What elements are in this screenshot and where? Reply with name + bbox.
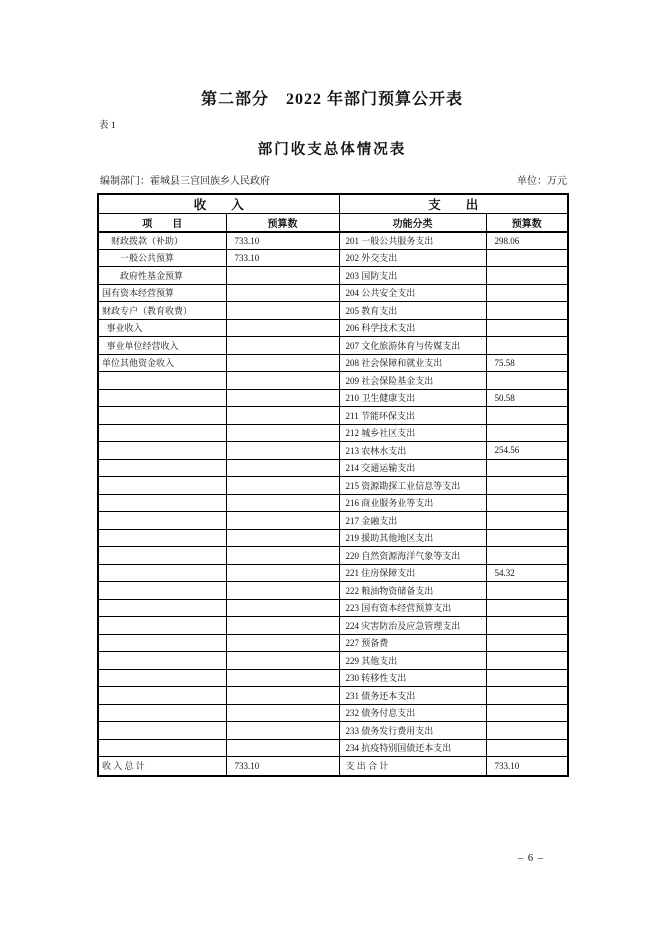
expense-amount-cell [486, 407, 568, 425]
expense-amount-cell: 298.06 [486, 232, 568, 250]
table-row: 政府性基金预算203 国防支出 [98, 267, 568, 285]
expense-amount-cell [486, 424, 568, 442]
expense-amount-cell [486, 512, 568, 530]
expense-amount-cell [486, 669, 568, 687]
income-amount-cell [226, 319, 339, 337]
col-header-expense-category: 功能分类 [339, 214, 486, 232]
expense-item-cell: 207 文化旅游体育与传媒支出 [339, 337, 486, 355]
col-header-expense-budget: 预算数 [486, 214, 568, 232]
expense-item-cell: 204 公共安全支出 [339, 284, 486, 302]
income-item-cell [98, 407, 226, 425]
table-meta-row: 编制部门：霍城县三宫回族乡人民政府 单位：万元 [97, 172, 567, 187]
expense-item-cell: 208 社会保障和就业支出 [339, 354, 486, 372]
expense-amount-cell [486, 477, 568, 495]
income-amount-cell [226, 337, 339, 355]
income-amount-cell [226, 547, 339, 565]
total-row: 收 入 总 计 733.10 支 出 合 计 733.10 [98, 757, 568, 776]
table-row: 234 抗疫特别国债还本支出 [98, 739, 568, 757]
expense-amount-cell: 54.32 [486, 564, 568, 582]
section-header-row: 收 入 支 出 [98, 194, 568, 214]
income-amount-cell [226, 669, 339, 687]
table-row: 国有资本经营预算204 公共安全支出 [98, 284, 568, 302]
expense-section-header: 支 出 [339, 194, 568, 214]
income-item-cell [98, 704, 226, 722]
expense-amount-cell [486, 529, 568, 547]
table-row: 227 预备费 [98, 634, 568, 652]
expense-amount-cell [486, 652, 568, 670]
expense-item-cell: 230 转移性支出 [339, 669, 486, 687]
income-item-cell [98, 722, 226, 740]
income-amount-cell [226, 372, 339, 390]
income-amount-cell [226, 442, 339, 460]
table-row: 212 城乡社区支出 [98, 424, 568, 442]
expense-item-cell: 232 债务付息支出 [339, 704, 486, 722]
income-item-cell [98, 424, 226, 442]
expense-amount-cell [486, 267, 568, 285]
expense-total-label: 支 出 合 计 [339, 757, 486, 776]
table-row: 219 援助其他地区支出 [98, 529, 568, 547]
income-item-cell [98, 389, 226, 407]
expense-item-cell: 227 预备费 [339, 634, 486, 652]
table-row: 财政拨款（补助）733.10201 一般公共服务支出298.06 [98, 232, 568, 250]
expense-item-cell: 223 国有资本经营预算支出 [339, 599, 486, 617]
income-item-cell: 一般公共预算 [98, 249, 226, 267]
col-header-income-budget: 预算数 [226, 214, 339, 232]
income-item-cell: 事业收入 [98, 319, 226, 337]
table-row: 229 其他支出 [98, 652, 568, 670]
table-row: 233 债务发行费用支出 [98, 722, 568, 740]
table-row: 220 自然资源海洋气象等支出 [98, 547, 568, 565]
income-total-amount: 733.10 [226, 757, 339, 776]
income-amount-cell [226, 512, 339, 530]
expense-item-cell: 220 自然资源海洋气象等支出 [339, 547, 486, 565]
expense-amount-cell [486, 459, 568, 477]
expense-amount-cell: 50.58 [486, 389, 568, 407]
expense-amount-cell [486, 599, 568, 617]
page-number: – 6 – [518, 853, 544, 864]
document-page: 第二部分 2022 年部门预算公开表 表 1 部门收支总体情况表 编制部门：霍城… [0, 0, 662, 936]
income-amount-cell [226, 739, 339, 757]
income-item-cell: 政府性基金预算 [98, 267, 226, 285]
expense-item-cell: 205 教育支出 [339, 302, 486, 320]
table-row: 单位其他资金收入208 社会保障和就业支出75.58 [98, 354, 568, 372]
expense-item-cell: 206 科学技术支出 [339, 319, 486, 337]
table-row: 209 社会保险基金支出 [98, 372, 568, 390]
table-row: 215 资源勘探工业信息等支出 [98, 477, 568, 495]
expense-item-cell: 211 节能环保支出 [339, 407, 486, 425]
table-row: 222 粮油物资储备支出 [98, 582, 568, 600]
income-amount-cell: 733.10 [226, 249, 339, 267]
table-row: 216 商业服务业等支出 [98, 494, 568, 512]
income-item-cell: 单位其他资金收入 [98, 354, 226, 372]
expense-amount-cell [486, 494, 568, 512]
expense-item-cell: 213 农林水支出 [339, 442, 486, 460]
income-item-cell: 事业单位经营收入 [98, 337, 226, 355]
expense-amount-cell [486, 704, 568, 722]
expense-item-cell: 222 粮油物资储备支出 [339, 582, 486, 600]
income-amount-cell: 733.10 [226, 232, 339, 250]
table-row: 214 交通运输支出 [98, 459, 568, 477]
income-amount-cell [226, 284, 339, 302]
income-amount-cell [226, 634, 339, 652]
table-row: 231 债务还本支出 [98, 687, 568, 705]
table-title: 部门收支总体情况表 [97, 138, 567, 159]
expense-item-cell: 210 卫生健康支出 [339, 389, 486, 407]
page-title: 第二部分 2022 年部门预算公开表 [97, 86, 567, 109]
expense-total-amount: 733.10 [486, 757, 568, 776]
column-header-row: 项 目 预算数 功能分类 预算数 [98, 214, 568, 232]
income-item-cell [98, 477, 226, 495]
expense-amount-cell [486, 319, 568, 337]
income-item-cell [98, 442, 226, 460]
table-row: 232 债务付息支出 [98, 704, 568, 722]
income-item-cell [98, 652, 226, 670]
income-amount-cell [226, 267, 339, 285]
expense-amount-cell [486, 634, 568, 652]
expense-item-cell: 224 灾害防治及应急管理支出 [339, 617, 486, 635]
income-item-cell [98, 739, 226, 757]
income-amount-cell [226, 687, 339, 705]
expense-item-cell: 217 金融支出 [339, 512, 486, 530]
table-row: 213 农林水支出254.56 [98, 442, 568, 460]
budget-table-body: 财政拨款（补助）733.10201 一般公共服务支出298.06一般公共预算73… [98, 232, 568, 757]
expense-amount-cell [486, 687, 568, 705]
expense-amount-cell [486, 372, 568, 390]
income-amount-cell [226, 599, 339, 617]
income-item-cell [98, 634, 226, 652]
expense-item-cell: 229 其他支出 [339, 652, 486, 670]
income-item-cell [98, 599, 226, 617]
expense-amount-cell [486, 302, 568, 320]
expense-amount-cell [486, 284, 568, 302]
income-item-cell: 国有资本经营预算 [98, 284, 226, 302]
expense-item-cell: 234 抗疫特别国债还本支出 [339, 739, 486, 757]
table-row: 财政专户（教育收费）205 教育支出 [98, 302, 568, 320]
prepared-by: 编制部门：霍城县三宫回族乡人民政府 [97, 172, 270, 187]
income-amount-cell [226, 722, 339, 740]
income-amount-cell [226, 529, 339, 547]
income-amount-cell [226, 582, 339, 600]
unit-label: 单位：万元 [517, 172, 567, 187]
table-row: 221 住房保障支出54.32 [98, 564, 568, 582]
income-total-label: 收 入 总 计 [98, 757, 226, 776]
table-row: 217 金融支出 [98, 512, 568, 530]
income-item-cell [98, 512, 226, 530]
income-item-cell [98, 494, 226, 512]
income-amount-cell [226, 407, 339, 425]
expense-item-cell: 233 债务发行费用支出 [339, 722, 486, 740]
income-amount-cell [226, 704, 339, 722]
table-row: 230 转移性支出 [98, 669, 568, 687]
expense-item-cell: 202 外交支出 [339, 249, 486, 267]
expense-item-cell: 209 社会保险基金支出 [339, 372, 486, 390]
income-item-cell [98, 617, 226, 635]
expense-item-cell: 216 商业服务业等支出 [339, 494, 486, 512]
expense-amount-cell [486, 582, 568, 600]
table-row: 210 卫生健康支出50.58 [98, 389, 568, 407]
expense-item-cell: 215 资源勘探工业信息等支出 [339, 477, 486, 495]
table-row: 事业单位经营收入207 文化旅游体育与传媒支出 [98, 337, 568, 355]
income-section-header: 收 入 [98, 194, 339, 214]
table-number-label: 表 1 [99, 117, 116, 131]
expense-amount-cell [486, 722, 568, 740]
expense-amount-cell [486, 249, 568, 267]
income-amount-cell [226, 617, 339, 635]
income-amount-cell [226, 477, 339, 495]
expense-item-cell: 231 债务还本支出 [339, 687, 486, 705]
income-item-cell: 财政专户（教育收费） [98, 302, 226, 320]
expense-item-cell: 201 一般公共服务支出 [339, 232, 486, 250]
income-amount-cell [226, 652, 339, 670]
expense-amount-cell [486, 739, 568, 757]
income-item-cell: 财政拨款（补助） [98, 232, 226, 250]
income-item-cell [98, 687, 226, 705]
table-row: 211 节能环保支出 [98, 407, 568, 425]
income-amount-cell [226, 459, 339, 477]
income-item-cell [98, 564, 226, 582]
expense-amount-cell [486, 337, 568, 355]
income-item-cell [98, 582, 226, 600]
expense-item-cell: 214 交通运输支出 [339, 459, 486, 477]
expense-amount-cell: 75.58 [486, 354, 568, 372]
table-row: 223 国有资本经营预算支出 [98, 599, 568, 617]
table-row: 事业收入206 科学技术支出 [98, 319, 568, 337]
expense-item-cell: 219 援助其他地区支出 [339, 529, 486, 547]
income-amount-cell [226, 564, 339, 582]
income-item-cell [98, 459, 226, 477]
income-item-cell [98, 529, 226, 547]
budget-summary-table: 收 入 支 出 项 目 预算数 功能分类 预算数 财政拨款（补助）733.102… [97, 193, 569, 777]
income-item-cell [98, 372, 226, 390]
income-amount-cell [226, 494, 339, 512]
income-amount-cell [226, 354, 339, 372]
expense-amount-cell: 254.56 [486, 442, 568, 460]
table-row: 224 灾害防治及应急管理支出 [98, 617, 568, 635]
income-amount-cell [226, 302, 339, 320]
income-item-cell [98, 547, 226, 565]
expense-item-cell: 212 城乡社区支出 [339, 424, 486, 442]
table-row: 一般公共预算733.10202 外交支出 [98, 249, 568, 267]
expense-amount-cell [486, 617, 568, 635]
income-amount-cell [226, 389, 339, 407]
expense-item-cell: 203 国防支出 [339, 267, 486, 285]
expense-amount-cell [486, 547, 568, 565]
income-amount-cell [226, 424, 339, 442]
income-item-cell [98, 669, 226, 687]
expense-item-cell: 221 住房保障支出 [339, 564, 486, 582]
col-header-income-item: 项 目 [98, 214, 226, 232]
